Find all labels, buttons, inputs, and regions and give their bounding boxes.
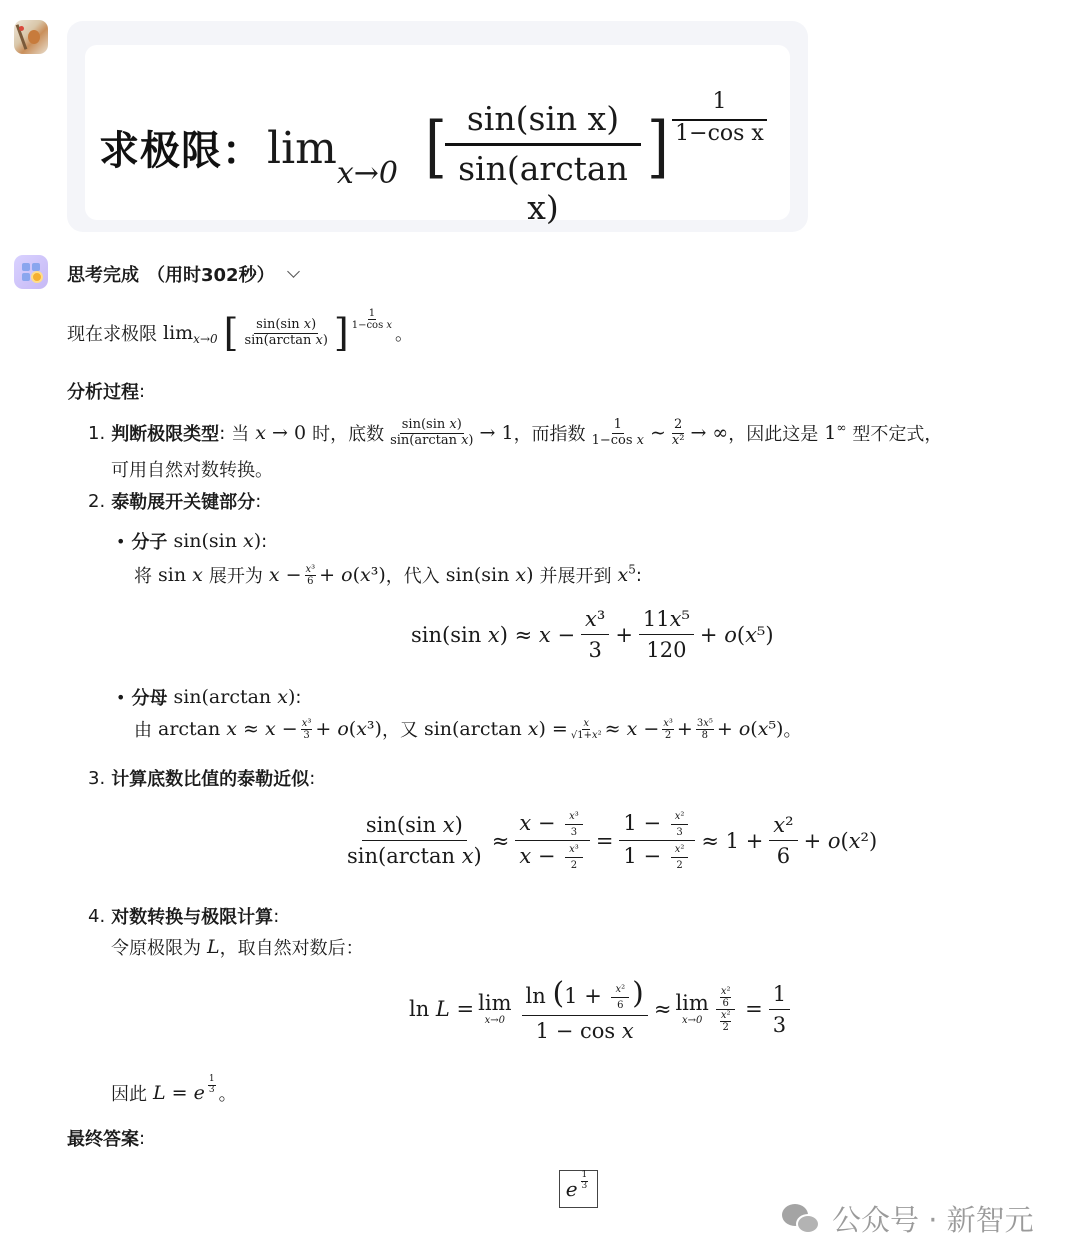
step-title: 泰勒展开关键部分 <box>111 488 255 514</box>
intro-prefix: 现在求极限 <box>67 320 157 346</box>
thinking-duration: （用时302秒） <box>147 261 275 287</box>
step-1-line-2: 可用自然对数转换。 <box>111 456 273 482</box>
lim-text: lim <box>267 123 337 174</box>
bullet-title: 分母 <box>131 684 167 710</box>
bullet-text: 将 <box>134 562 152 588</box>
bullet-denominator-detail: 由 arctan x ≈ x − x³3 + o(x³) ，又 sin(arct… <box>134 716 801 742</box>
step-number: 2. <box>88 491 105 512</box>
user-avatar <box>14 20 48 54</box>
lim-subscript: x→0 <box>337 156 398 191</box>
step-text: ，而指数 <box>514 420 586 446</box>
step-text: 当 <box>231 420 249 446</box>
denominator: sin(arctan x) <box>443 146 643 194</box>
exponent-denominator: 1−cos x <box>672 121 767 146</box>
step-1: 1. 判断极限类型: 当 x → 0 时，底数 sin(sin x)sin(ar… <box>88 418 942 449</box>
main-fraction: sin(sin x) sin(arctan x) <box>443 99 643 194</box>
step-2: 2. 泰勒展开关键部分: <box>88 488 261 514</box>
conclusion-text: 因此 <box>111 1080 147 1106</box>
bullet-text: ，代入 <box>386 562 440 588</box>
final-title-text: 最终答案 <box>67 1125 139 1151</box>
numerator: sin(sin x) <box>443 99 643 143</box>
right-bracket: ] <box>647 109 669 187</box>
display-formula-ratio: sin(sin x)sin(arctan x)≈ x − x³3x − x³2=… <box>337 810 877 871</box>
thinking-status-toggle[interactable]: 思考完成 （用时302秒） <box>67 261 298 287</box>
bullet-text: ，又 <box>382 716 418 742</box>
bullet-numerator: • 分子 sin(sin x): <box>116 528 267 554</box>
step-title: 判断极限类型 <box>111 420 219 446</box>
step-4-detail: 令原极限为 L，取自然对数后： <box>111 934 364 960</box>
bullet-text: 。 <box>783 716 801 742</box>
calculator-icon <box>14 255 48 289</box>
bullet-text: 并展开到 <box>540 562 612 588</box>
conclusion-text: 。 <box>219 1080 237 1106</box>
step-title: 对数转换与极限计算 <box>111 903 273 929</box>
display-formula-numerator: sin(sin x) ≈ x − x³3+ 11x⁵120+ o(x⁵) <box>411 606 774 664</box>
bullet-text: 展开为 <box>209 562 263 588</box>
step-number: 4. <box>88 906 105 927</box>
thinking-status: 思考完成 <box>67 261 139 287</box>
bullet-title: 分子 <box>131 528 167 554</box>
conclusion-line: 因此 L = e13 。 <box>111 1080 237 1106</box>
watermark-text: 公众号 · 新智元 <box>832 1198 1034 1239</box>
step-3: 3. 计算底数比值的泰勒近似: <box>88 765 315 791</box>
wechat-icon <box>782 1202 824 1236</box>
final-answer-box: e13 <box>559 1170 598 1208</box>
step-number: 3. <box>88 768 105 789</box>
user-message-bubble: 求极限： limx→0 [ sin(sin x) sin(arctan x) ]… <box>67 21 808 232</box>
exponent-numerator: 1 <box>672 89 767 119</box>
step-4: 4. 对数转换与极限计算: <box>88 903 279 929</box>
step-text: ，取自然对数后： <box>220 934 364 960</box>
step-number: 1. <box>88 423 105 444</box>
intro-line: 现在求极限 limx→0 [ sin(sin x)sin(arctan x) ]… <box>67 314 413 352</box>
step-text: 令原极限为 <box>111 934 201 960</box>
display-formula-log: ln L = limx→0 ln (1 + x²6)1 − cos x≈ lim… <box>409 975 796 1044</box>
watermark: 公众号 · 新智元 <box>782 1198 1034 1239</box>
question-label: 求极限： <box>99 119 263 176</box>
step-text: 型不定式， <box>852 420 942 446</box>
final-answer-title: 最终答案: <box>67 1125 145 1151</box>
exponent-fraction: 1 1−cos x <box>672 89 767 146</box>
intro-suffix: 。 <box>395 320 413 346</box>
section-title: 分析过程: <box>67 378 145 404</box>
bullet-text: 由 <box>134 716 152 742</box>
step-text: 可用自然对数转换。 <box>111 456 273 482</box>
question-card: 求极限： limx→0 [ sin(sin x) sin(arctan x) ]… <box>85 45 790 220</box>
step-text: ，因此这是 <box>728 420 818 446</box>
bullet-numerator-detail: 将 sin x 展开为 x − x³6 + o(x³) ，代入 sin(sin … <box>134 562 642 588</box>
step-title: 计算底数比值的泰勒近似 <box>111 765 309 791</box>
chevron-down-icon[interactable] <box>287 265 300 278</box>
bullet-denominator: • 分母 sin(arctan x): <box>116 684 301 710</box>
step-text: 时，底数 <box>312 420 384 446</box>
section-title-text: 分析过程 <box>67 378 139 404</box>
